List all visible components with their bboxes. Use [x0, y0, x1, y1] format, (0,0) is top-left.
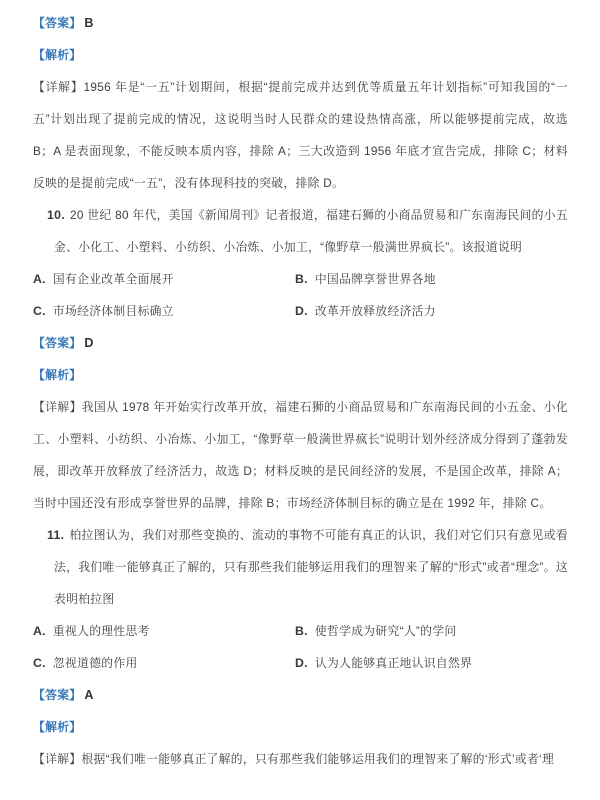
option-letter: B. — [295, 615, 308, 647]
option-text: 中国品牌享誉世界各地 — [315, 263, 436, 295]
option-c: C.忽视道德的作用 — [33, 647, 295, 679]
answer-line: 【答案】A — [33, 679, 568, 711]
option-letter: D. — [295, 295, 308, 327]
question-text: 20 世纪 80 年代，美国《新闻周刊》记者报道，福建石狮的小商品贸易和广东南海… — [54, 208, 568, 254]
option-text: 重视人的理性思考 — [53, 615, 150, 647]
option-b: B.使哲学成为研究“人”的学问 — [295, 615, 568, 647]
answer-value: D — [84, 336, 93, 350]
option-d: D.改革开放释放经济活力 — [295, 295, 568, 327]
analysis-label: 【解析】 — [33, 48, 81, 62]
options-row: A.重视人的理性思考 B.使哲学成为研究“人”的学问 — [33, 615, 568, 647]
answer-label: 【答案】 — [33, 16, 81, 30]
analysis-line: 【解析】 — [33, 39, 568, 71]
question-10: 10.20 世纪 80 年代，美国《新闻周刊》记者报道，福建石狮的小商品贸易和广… — [47, 199, 568, 263]
answer-line: 【答案】B — [33, 7, 568, 39]
option-text: 认为人能够真正地认识自然界 — [315, 647, 472, 679]
option-b: B.中国品牌享誉世界各地 — [295, 263, 568, 295]
document-page: 【答案】B 【解析】 【详解】1956 年是“一五”计划期间，根据“提前完成并达… — [0, 0, 600, 800]
options-row: A.国有企业改革全面展开 B.中国品牌享誉世界各地 — [33, 263, 568, 295]
answer-value: B — [84, 16, 93, 30]
answer-label: 【答案】 — [33, 336, 81, 350]
option-text: 市场经济体制目标确立 — [53, 295, 174, 327]
option-text: 改革开放释放经济活力 — [315, 295, 436, 327]
option-letter: D. — [295, 647, 308, 679]
analysis-line: 【解析】 — [33, 711, 568, 743]
option-letter: C. — [33, 647, 46, 679]
analysis-label: 【解析】 — [33, 720, 81, 734]
question-11: 11.柏拉图认为，我们对那些变换的、流动的事物不可能有真正的认识，我们对它们只有… — [47, 519, 568, 615]
option-d: D.认为人能够真正地认识自然界 — [295, 647, 568, 679]
option-a: A.重视人的理性思考 — [33, 615, 295, 647]
detail-paragraph: 【详解】根据“我们唯一能够真正了解的，只有那些我们能够运用我们的理智来了解的‘形… — [33, 743, 568, 775]
analysis-label: 【解析】 — [33, 368, 81, 382]
answer-label: 【答案】 — [33, 688, 81, 702]
question-number: 10. — [47, 208, 65, 222]
detail-paragraph: 【详解】1956 年是“一五”计划期间，根据“提前完成并达到优等质量五年计划指标… — [33, 71, 568, 199]
option-letter: A. — [33, 263, 46, 295]
question-number: 11. — [47, 528, 64, 542]
options-row: C.忽视道德的作用 D.认为人能够真正地认识自然界 — [33, 647, 568, 679]
option-a: A.国有企业改革全面展开 — [33, 263, 295, 295]
option-text: 使哲学成为研究“人”的学问 — [315, 615, 457, 647]
analysis-line: 【解析】 — [33, 359, 568, 391]
answer-value: A — [84, 688, 93, 702]
option-letter: B. — [295, 263, 308, 295]
option-text: 国有企业改革全面展开 — [53, 263, 174, 295]
detail-paragraph: 【详解】我国从 1978 年开始实行改革开放，福建石狮的小商品贸易和广东南海民间… — [33, 391, 568, 519]
options-row: C.市场经济体制目标确立 D.改革开放释放经济活力 — [33, 295, 568, 327]
option-text: 忽视道德的作用 — [53, 647, 138, 679]
option-letter: A. — [33, 615, 46, 647]
option-c: C.市场经济体制目标确立 — [33, 295, 295, 327]
question-text: 柏拉图认为，我们对那些变换的、流动的事物不可能有真正的认识，我们对它们只有意见或… — [54, 528, 568, 606]
answer-line: 【答案】D — [33, 327, 568, 359]
option-letter: C. — [33, 295, 46, 327]
